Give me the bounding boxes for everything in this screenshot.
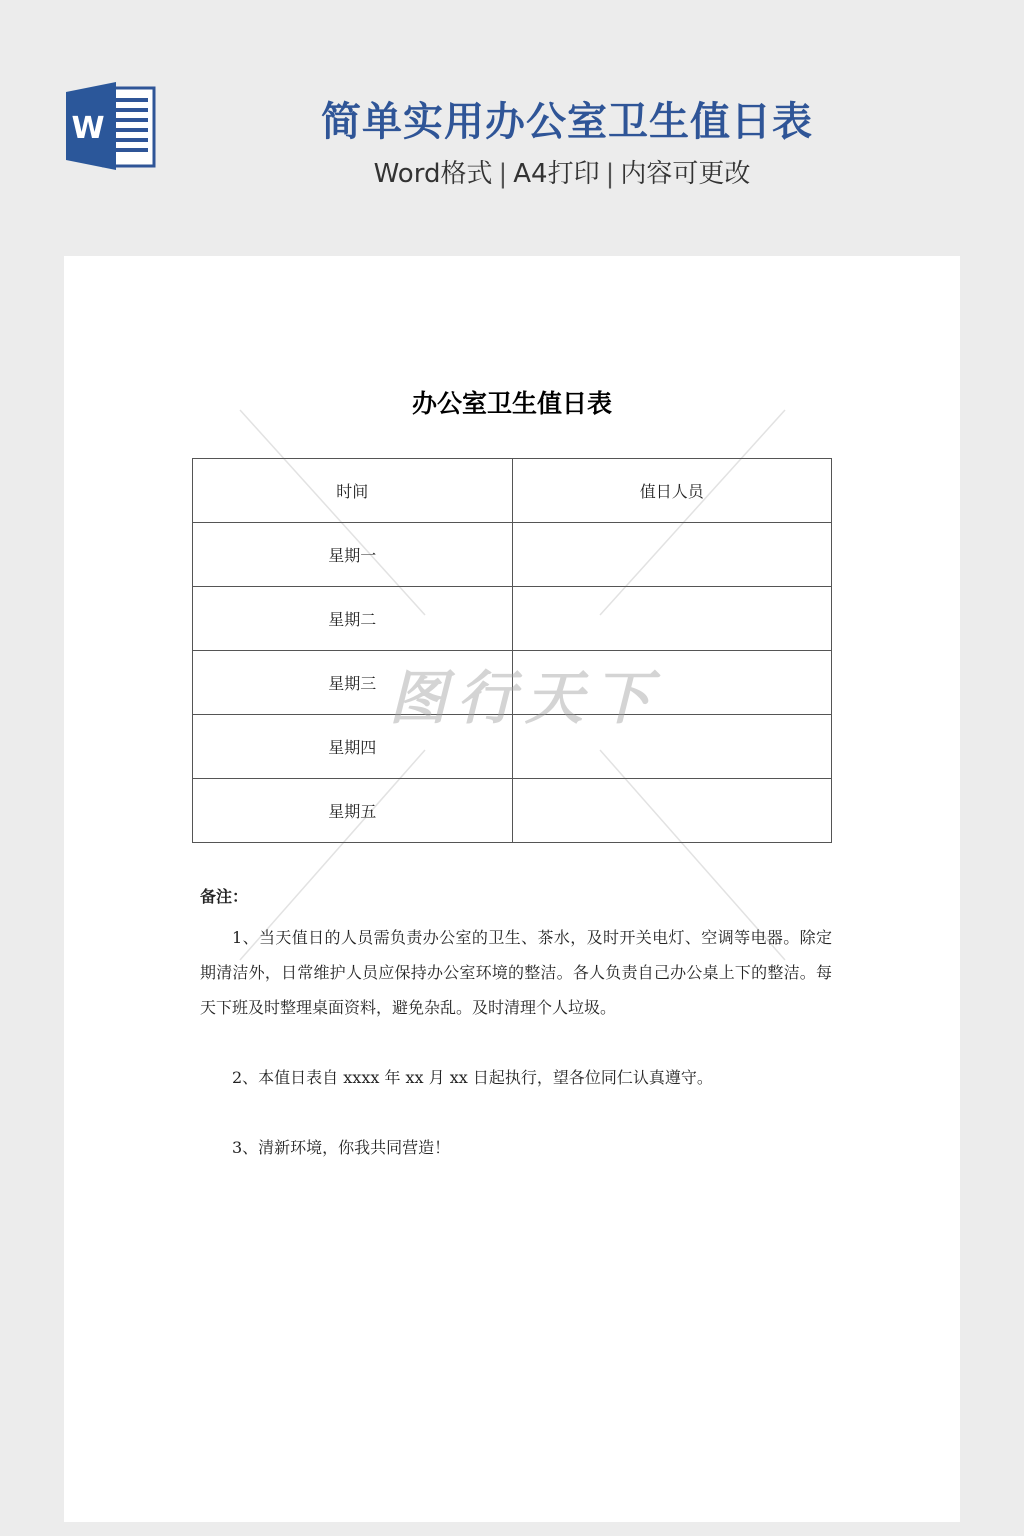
staff-cell[interactable] — [512, 779, 832, 843]
note-item: 3、清新环境，你我共同营造！ — [200, 1130, 832, 1165]
subtitle-separator: | — [498, 159, 507, 189]
staff-cell[interactable] — [512, 523, 832, 587]
table-header-row: 时间 值日人员 — [193, 459, 832, 523]
notes-section: 备注： 1、当天值日的人员需负责办公室的卫生、茶水，及时开关电灯、空调等电器。除… — [200, 884, 832, 1165]
day-cell: 星期三 — [193, 651, 513, 715]
table-row: 星期一 — [193, 523, 832, 587]
staff-cell[interactable] — [512, 587, 832, 651]
header-title: 简单实用办公室卫生值日表 — [0, 90, 1024, 147]
duty-table: 时间 值日人员 星期一 星期二 星期三 星期四 星期五 — [192, 458, 832, 843]
table-row: 星期三 — [193, 651, 832, 715]
day-cell: 星期五 — [193, 779, 513, 843]
document-title: 办公室卫生值日表 — [64, 384, 960, 420]
table-row: 星期二 — [193, 587, 832, 651]
subtitle-editable: 内容可更改 — [620, 159, 750, 189]
table-row: 星期五 — [193, 779, 832, 843]
table-row: 星期四 — [193, 715, 832, 779]
document-page: 办公室卫生值日表 时间 值日人员 星期一 星期二 星期三 星期四 星期五 图行天… — [64, 256, 960, 1522]
column-header-staff: 值日人员 — [512, 459, 832, 523]
staff-cell[interactable] — [512, 651, 832, 715]
day-cell: 星期一 — [193, 523, 513, 587]
column-header-time: 时间 — [193, 459, 513, 523]
note-item: 2、本值日表自 xxxx 年 xx 月 xx 日起执行，望各位同仁认真遵守。 — [200, 1060, 832, 1095]
day-cell: 星期四 — [193, 715, 513, 779]
day-cell: 星期二 — [193, 587, 513, 651]
subtitle-print: A4打印 — [513, 159, 599, 189]
note-item: 1、当天值日的人员需负责办公室的卫生、茶水，及时开关电灯、空调等电器。除定期清洁… — [200, 920, 832, 1025]
header-subtitle: Word格式|A4打印|内容可更改 — [0, 153, 1024, 190]
notes-label: 备注： — [200, 884, 832, 907]
subtitle-format: Word格式 — [374, 159, 493, 189]
subtitle-separator: | — [606, 159, 615, 189]
staff-cell[interactable] — [512, 715, 832, 779]
